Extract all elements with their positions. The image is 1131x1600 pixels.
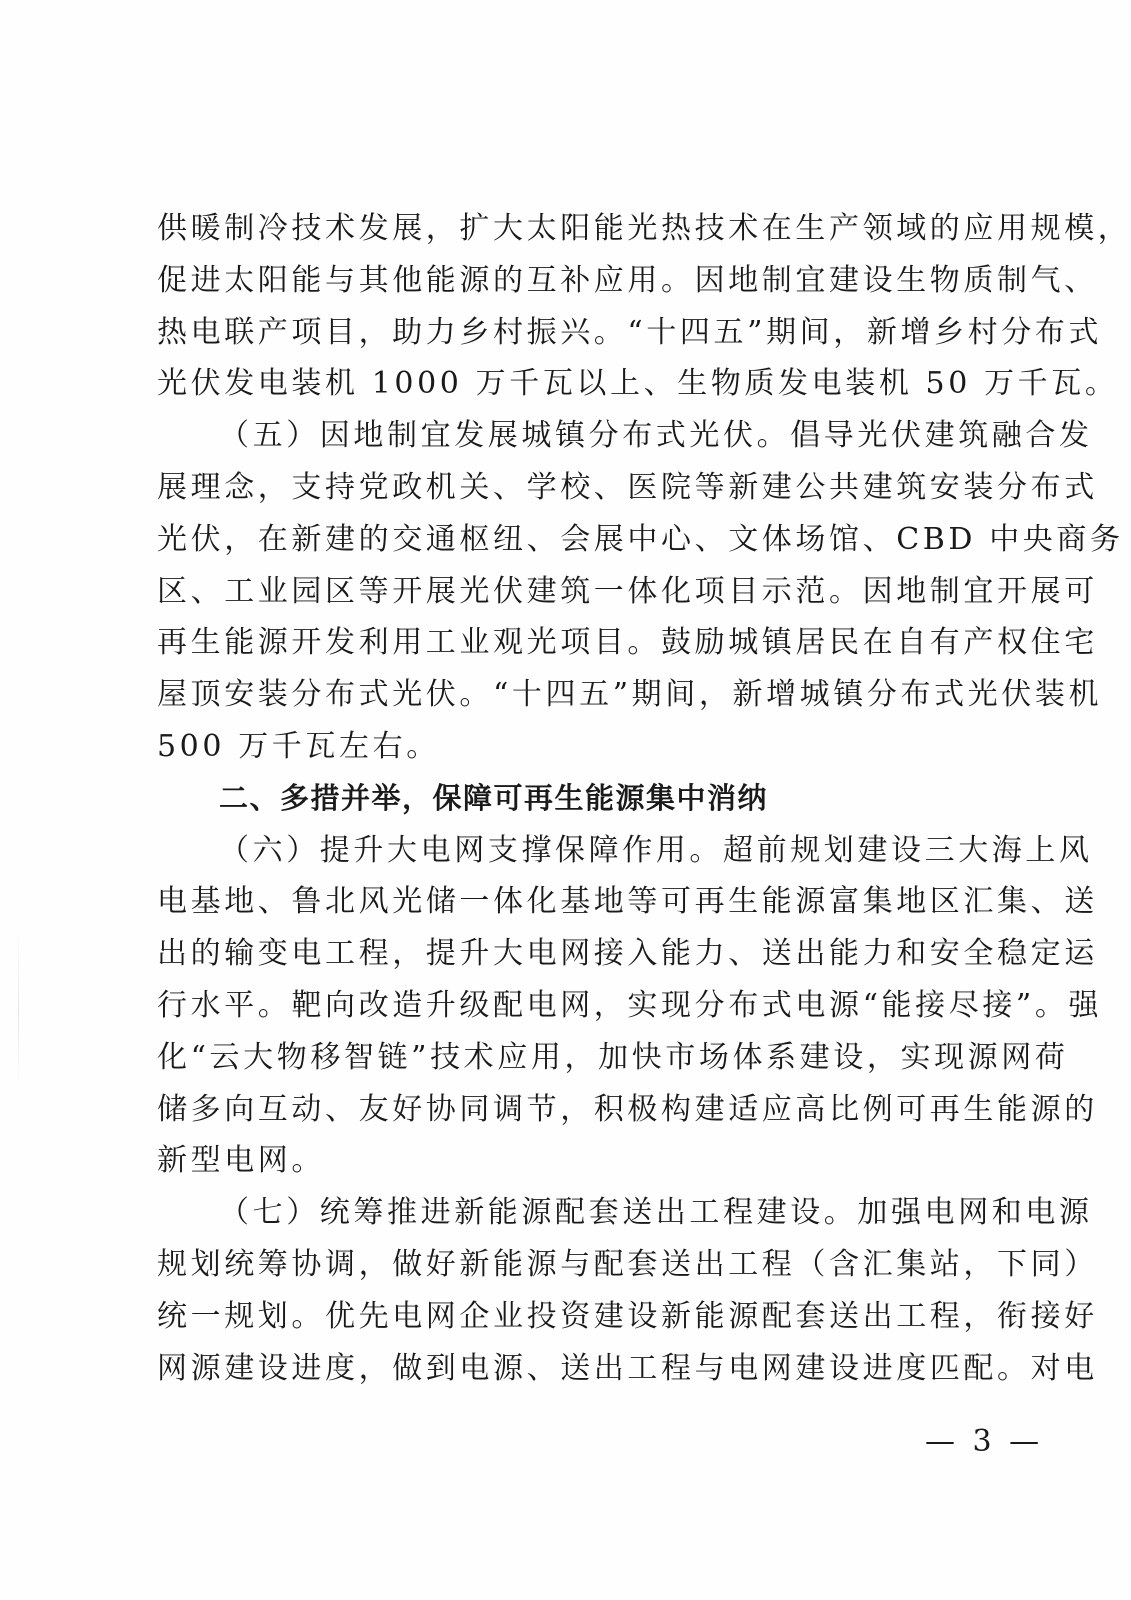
paragraph-6-grid-support: （六）提升大电网支撑保障作用。超前规划建设三大海上风 电基地、鲁北风光储一体化基… [157,825,977,1188]
text-line: 热电联产项目，助力乡村振兴。“十四五”期间，新增乡村分布式 [157,307,977,359]
paragraph-continued: 供暖制冷技术发展，扩大太阳能光热技术在生产领域的应用规模， 促进太阳能与其他能源… [157,203,977,410]
text-line: 储多向互动、友好协同调节，积极构建适应高比例可再生能源的 [157,1084,977,1136]
scan-artifact [18,930,19,1090]
text-line: 统一规划。优先电网企业投资建设新能源配套送出工程，衔接好 [157,1291,977,1343]
text-line: 化“云大物移智链”技术应用，加快市场体系建设，实现源网荷 [157,1032,977,1084]
page-number: — 3 — [925,1424,1043,1459]
text-line: 新型电网。 [157,1135,977,1187]
text-line: 网源建设进度，做到电源、送出工程与电网建设进度匹配。对电 [157,1343,977,1395]
text-line: 展理念，支持党政机关、学校、医院等新建公共建筑安装分布式 [157,462,977,514]
text-line: 光伏，在新建的交通枢纽、会展中心、文体场馆、CBD 中央商务 [157,514,977,566]
text-line: 行水平。靶向改造升级配电网，实现分布式电源“能接尽接”。强 [157,980,977,1032]
section-heading-2: 二、多措并举，保障可再生能源集中消纳 [157,773,977,825]
text-line: 再生能源开发利用工业观光项目。鼓励城镇居民在自有产权住宅 [157,617,977,669]
text-line: 电基地、鲁北风光储一体化基地等可再生能源富集地区汇集、送 [157,876,977,928]
text-line: 供暖制冷技术发展，扩大太阳能光热技术在生产领域的应用规模， [157,203,977,255]
text-line: 规划统筹协调，做好新能源与配套送出工程（含汇集站，下同） [157,1239,977,1291]
text-line: 光伏发电装机 1000 万千瓦以上、生物质发电装机 50 万千瓦。 [157,358,977,410]
section-heading: 二、多措并举，保障可再生能源集中消纳 [157,773,977,825]
text-line: 屋顶安装分布式光伏。“十四五”期间，新增城镇分布式光伏装机 [157,669,977,721]
text-line: 500 万千瓦左右。 [157,721,977,773]
paragraph-7-supporting-transmission: （七）统筹推进新能源配套送出工程建设。加强电网和电源 规划统筹协调，做好新能源与… [157,1187,977,1394]
text-line: （六）提升大电网支撑保障作用。超前规划建设三大海上风 [157,825,977,877]
text-line: （七）统筹推进新能源配套送出工程建设。加强电网和电源 [157,1187,977,1239]
text-line: 出的输变电工程，提升大电网接入能力、送出能力和安全稳定运 [157,928,977,980]
paragraph-5-urban-distributed-pv: （五）因地制宜发展城镇分布式光伏。倡导光伏建筑融合发 展理念，支持党政机关、学校… [157,410,977,773]
text-line: 区、工业园区等开展光伏建筑一体化项目示范。因地制宜开展可 [157,566,977,618]
text-line: 促进太阳能与其他能源的互补应用。因地制宜建设生物质制气、 [157,255,977,307]
document-page: 供暖制冷技术发展，扩大太阳能光热技术在生产领域的应用规模， 促进太阳能与其他能源… [0,0,1131,1600]
document-body: 供暖制冷技术发展，扩大太阳能光热技术在生产领域的应用规模， 促进太阳能与其他能源… [157,203,977,1394]
text-line: （五）因地制宜发展城镇分布式光伏。倡导光伏建筑融合发 [157,410,977,462]
